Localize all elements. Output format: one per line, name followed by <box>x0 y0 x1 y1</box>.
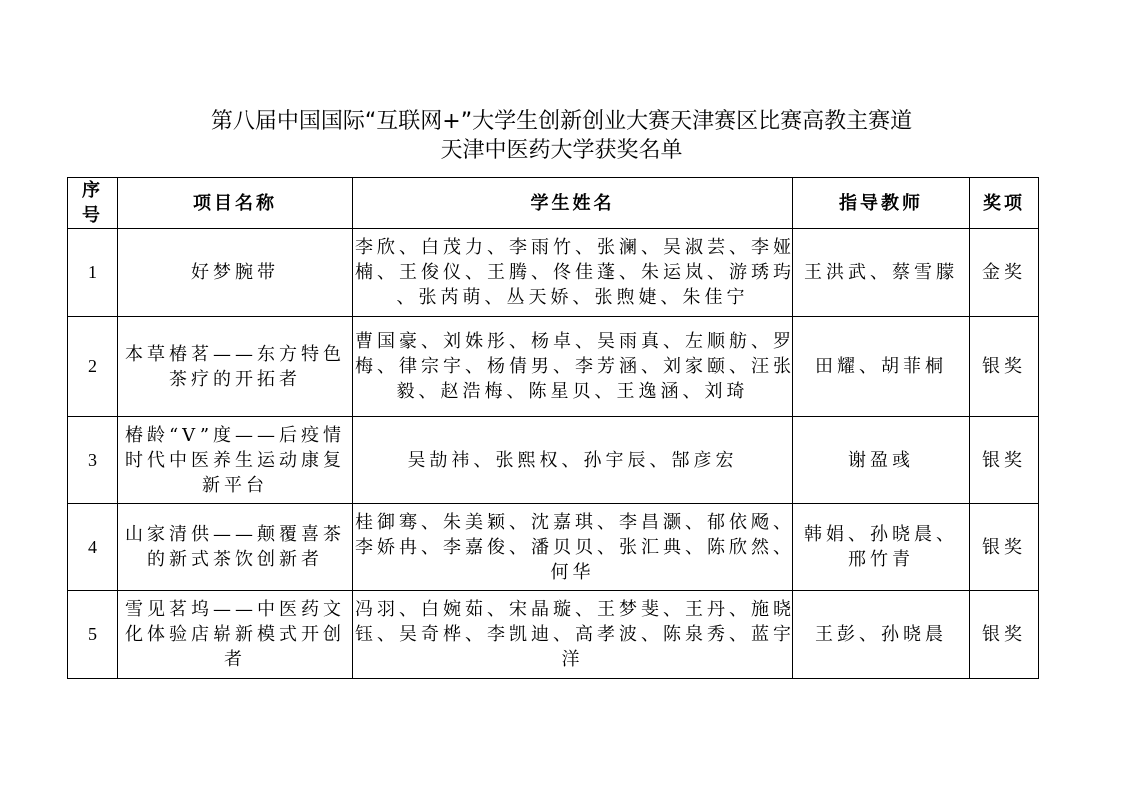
award: 金奖 <box>970 229 1039 317</box>
student-names: 李欣、白茂力、李雨竹、张澜、吴淑芸、李娅 楠、王俊仪、王腾、佟佳蓬、朱运岚、游琇… <box>353 229 793 317</box>
table-row: 1 好梦腕带 李欣、白茂力、李雨竹、张澜、吴淑芸、李娅 楠、王俊仪、王腾、佟佳蓬… <box>68 229 1039 317</box>
advisors-line: 王洪武、蔡雪朦 <box>797 260 965 285</box>
document-title-line2: 天津中医药大学获奖名单 <box>0 136 1123 165</box>
table-row: 3 椿龄“V”度——后疫情 时代中医养生运动康复 新平台 吴劼祎、张熙权、孙宇辰… <box>68 417 1039 504</box>
project-name-line: 新平台 <box>122 473 348 498</box>
student-names-line: 梅、律宗宇、杨倩男、李芳涵、刘家颐、汪张 <box>355 354 790 379</box>
project-name-line: 的新式茶饮创新者 <box>122 547 348 572</box>
advisors: 田耀、胡菲桐 <box>793 317 970 417</box>
header-award: 奖项 <box>970 178 1039 229</box>
award: 银奖 <box>970 591 1039 679</box>
student-names: 曹国豪、刘姝彤、杨卓、吴雨真、左顺舫、罗 梅、律宗宇、杨倩男、李芳涵、刘家颐、汪… <box>353 317 793 417</box>
student-names-line: 钰、吴奇桦、李凯迪、高孝波、陈泉秀、蓝宇 <box>355 622 790 647</box>
advisors: 王洪武、蔡雪朦 <box>793 229 970 317</box>
student-names: 吴劼祎、张熙权、孙宇辰、郜彦宏 <box>353 417 793 504</box>
project-name-line: 本草椿茗——东方特色 <box>122 342 348 367</box>
student-names-line: 洋 <box>355 647 790 672</box>
project-name: 好梦腕带 <box>118 229 353 317</box>
project-name-line: 者 <box>122 647 348 672</box>
row-index: 3 <box>68 417 118 504</box>
student-names: 冯羽、白婉茹、宋晶璇、王梦斐、王丹、施晓 钰、吴奇桦、李凯迪、高孝波、陈泉秀、蓝… <box>353 591 793 679</box>
table-row: 2 本草椿茗——东方特色 茶疗的开拓者 曹国豪、刘姝彤、杨卓、吴雨真、左顺舫、罗… <box>68 317 1039 417</box>
project-name: 山家清供——颠覆喜茶 的新式茶饮创新者 <box>118 504 353 591</box>
document-title-line1: 第八届中国国际“互联网+”大学生创新创业大赛天津赛区比赛高教主赛道 <box>0 107 1123 136</box>
header-advisors: 指导教师 <box>793 178 970 229</box>
advisors-line: 邢竹青 <box>797 547 965 572</box>
project-name: 椿龄“V”度——后疫情 时代中医养生运动康复 新平台 <box>118 417 353 504</box>
student-names-line: 冯羽、白婉茹、宋晶璇、王梦斐、王丹、施晓 <box>355 597 790 622</box>
row-index: 1 <box>68 229 118 317</box>
student-names-line: 李娇冉、李嘉俊、潘贝贝、张汇典、陈欣然、 <box>355 535 790 560</box>
project-name-line: 茶疗的开拓者 <box>122 367 348 392</box>
advisors: 谢盈彧 <box>793 417 970 504</box>
student-names-line: 毅、赵浩梅、陈星贝、王逸涵、刘琦 <box>355 379 790 404</box>
advisors-line: 田耀、胡菲桐 <box>797 354 965 379</box>
project-name-line: 雪见茗坞——中医药文 <box>122 597 348 622</box>
project-name-line: 椿龄“V”度——后疫情 <box>122 423 348 448</box>
project-name-line: 好梦腕带 <box>122 260 348 285</box>
row-index: 4 <box>68 504 118 591</box>
student-names-line: 吴劼祎、张熙权、孙宇辰、郜彦宏 <box>355 448 790 473</box>
student-names-line: 、张芮萌、丛天娇、张煦婕、朱佳宁 <box>355 285 790 310</box>
student-names-line: 曹国豪、刘姝彤、杨卓、吴雨真、左顺舫、罗 <box>355 329 790 354</box>
award: 银奖 <box>970 317 1039 417</box>
student-names-line: 何华 <box>355 560 790 585</box>
student-names-line: 桂御骞、朱美颖、沈嘉琪、李昌灏、郁依飏、 <box>355 510 790 535</box>
project-name: 雪见茗坞——中医药文 化体验店崭新模式开创 者 <box>118 591 353 679</box>
awards-table: 序号 项目名称 学生姓名 指导教师 奖项 1 好梦腕带 李欣、白茂力、李雨竹、张… <box>67 177 1039 679</box>
advisors-line: 谢盈彧 <box>797 448 965 473</box>
project-name-line: 时代中医养生运动康复 <box>122 448 348 473</box>
row-index: 2 <box>68 317 118 417</box>
student-names-line: 楠、王俊仪、王腾、佟佳蓬、朱运岚、游琇玙 <box>355 260 790 285</box>
table-header-row: 序号 项目名称 学生姓名 指导教师 奖项 <box>68 178 1039 229</box>
table-row: 4 山家清供——颠覆喜茶 的新式茶饮创新者 桂御骞、朱美颖、沈嘉琪、李昌灏、郁依… <box>68 504 1039 591</box>
project-name: 本草椿茗——东方特色 茶疗的开拓者 <box>118 317 353 417</box>
project-name-line: 山家清供——颠覆喜茶 <box>122 522 348 547</box>
project-name-line: 化体验店崭新模式开创 <box>122 622 348 647</box>
student-names: 桂御骞、朱美颖、沈嘉琪、李昌灏、郁依飏、 李娇冉、李嘉俊、潘贝贝、张汇典、陈欣然… <box>353 504 793 591</box>
student-names-line: 李欣、白茂力、李雨竹、张澜、吴淑芸、李娅 <box>355 235 790 260</box>
header-students: 学生姓名 <box>353 178 793 229</box>
table-row: 5 雪见茗坞——中医药文 化体验店崭新模式开创 者 冯羽、白婉茹、宋晶璇、王梦斐… <box>68 591 1039 679</box>
header-index: 序号 <box>68 178 118 229</box>
header-project: 项目名称 <box>118 178 353 229</box>
advisors: 王彭、孙晓晨 <box>793 591 970 679</box>
advisors-line: 韩娟、孙晓晨、 <box>797 522 965 547</box>
award: 银奖 <box>970 417 1039 504</box>
advisors: 韩娟、孙晓晨、 邢竹青 <box>793 504 970 591</box>
advisors-line: 王彭、孙晓晨 <box>797 622 965 647</box>
award: 银奖 <box>970 504 1039 591</box>
row-index: 5 <box>68 591 118 679</box>
